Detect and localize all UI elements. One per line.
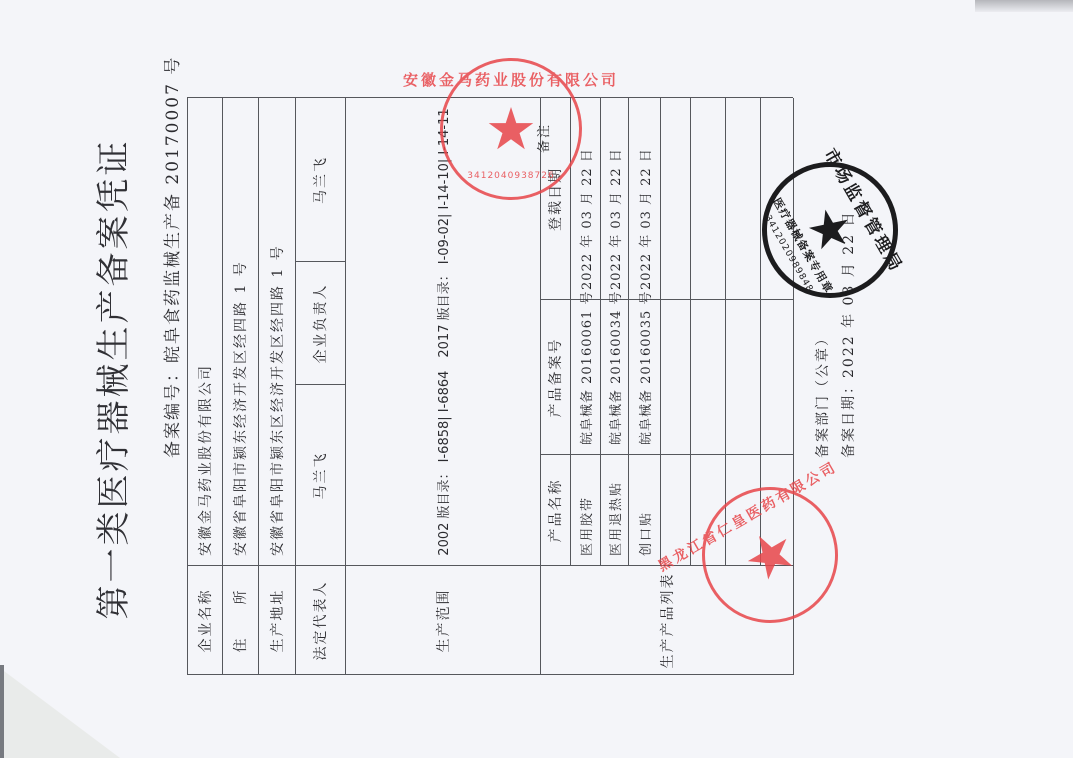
header-product-number: 产品备案号 bbox=[540, 300, 570, 455]
product-number: 皖阜械备 20160035 号 bbox=[628, 300, 660, 455]
label-production-address: 生产地址 bbox=[258, 566, 295, 675]
value-production-address: 安徽省阜阳市颍东区经济开发区经四路 1 号 bbox=[258, 98, 295, 566]
filing-date-label: 备案日期： bbox=[841, 378, 857, 458]
record-number-value: 皖阜食药监械生产备 20170007 号 bbox=[163, 56, 183, 363]
certificate-page: 第一类医疗器械生产备案凭证 备案编号：皖阜食药监械生产备 20170007 号 … bbox=[0, 0, 1073, 758]
product-number: 皖阜械备 20160034 号 bbox=[600, 300, 628, 455]
value-enterprise-manager: 马兰飞 bbox=[295, 98, 345, 262]
product-date: 2022 年 03 月 22 日 bbox=[628, 98, 660, 300]
remark-note: 备注 bbox=[530, 118, 554, 158]
label-company-name: 企业名称 bbox=[187, 566, 222, 675]
company-seal: ★ 安徽金马药业股份有限公司 3412040938726 bbox=[440, 58, 582, 200]
row-divider bbox=[660, 98, 661, 566]
seal-code: 3412040938726 bbox=[467, 171, 554, 181]
product-date: 2022 年 03 月 22 日 bbox=[600, 98, 628, 300]
value-legal-representative: 马兰飞 bbox=[295, 385, 345, 566]
product-name: 创口贴 bbox=[628, 455, 660, 566]
label-production-scope: 生产范围 bbox=[345, 566, 540, 675]
authority-seal: ★ 市场监督管理局 医疗器械备案专用章 3412020989848 bbox=[737, 137, 923, 323]
document-title: 第一类医疗器械生产备案凭证 bbox=[86, 0, 135, 758]
product-name: 医用退热贴 bbox=[600, 455, 628, 566]
record-number-label: 备案编号： bbox=[163, 363, 183, 458]
product-name: 医用胶带 bbox=[570, 455, 600, 566]
header-product-name: 产品名称 bbox=[540, 455, 570, 566]
label-residence: 住 所 bbox=[222, 566, 258, 675]
product-number: 皖阜械备 20160061 号 bbox=[570, 300, 600, 455]
row-divider bbox=[725, 98, 726, 566]
value-residence: 安徽省阜阳市颍东经济开发区经四路 1 号 bbox=[222, 98, 258, 566]
record-number: 备案编号：皖阜食药监械生产备 20170007 号 bbox=[158, 56, 183, 458]
label-legal-representative: 法定代表人 bbox=[295, 566, 345, 675]
seal-text: 安徽金马药业股份有限公司 bbox=[403, 69, 619, 90]
label-enterprise-manager: 企业负责人 bbox=[295, 262, 345, 385]
filing-department: 备案部门（公章） bbox=[812, 330, 832, 458]
row-divider bbox=[690, 98, 691, 566]
value-company-name: 安徽金马药业股份有限公司 bbox=[187, 98, 222, 566]
